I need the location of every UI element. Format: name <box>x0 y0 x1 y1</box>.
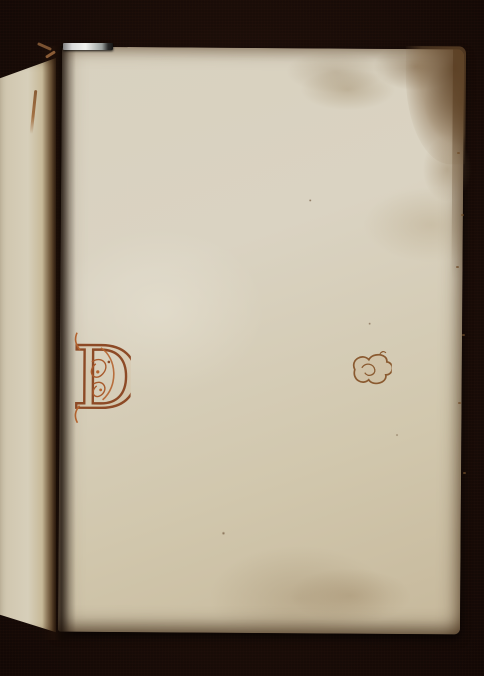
parchment-stain <box>300 68 396 111</box>
edge-speck <box>456 266 459 268</box>
parchment-stain <box>423 137 471 201</box>
facing-page-edge <box>0 58 56 638</box>
decorated-initial-d-icon: D <box>70 332 131 426</box>
binding-thread <box>45 50 56 58</box>
metal-bookmark-strip <box>63 43 113 50</box>
manuscript-page: D <box>58 47 464 635</box>
initial-letter: D <box>71 332 131 426</box>
preface-text-block <box>95 389 431 391</box>
edge-speck <box>461 214 464 216</box>
edge-speck <box>457 152 460 154</box>
knot-ornament-icon <box>350 350 392 386</box>
parchment-stain <box>290 568 410 623</box>
edge-speck <box>462 334 465 336</box>
manuscript-photo: D <box>0 0 484 676</box>
binding-thread <box>37 42 52 51</box>
edge-speck <box>458 402 461 404</box>
edge-speck <box>463 472 466 474</box>
ink-stroke <box>30 90 38 134</box>
